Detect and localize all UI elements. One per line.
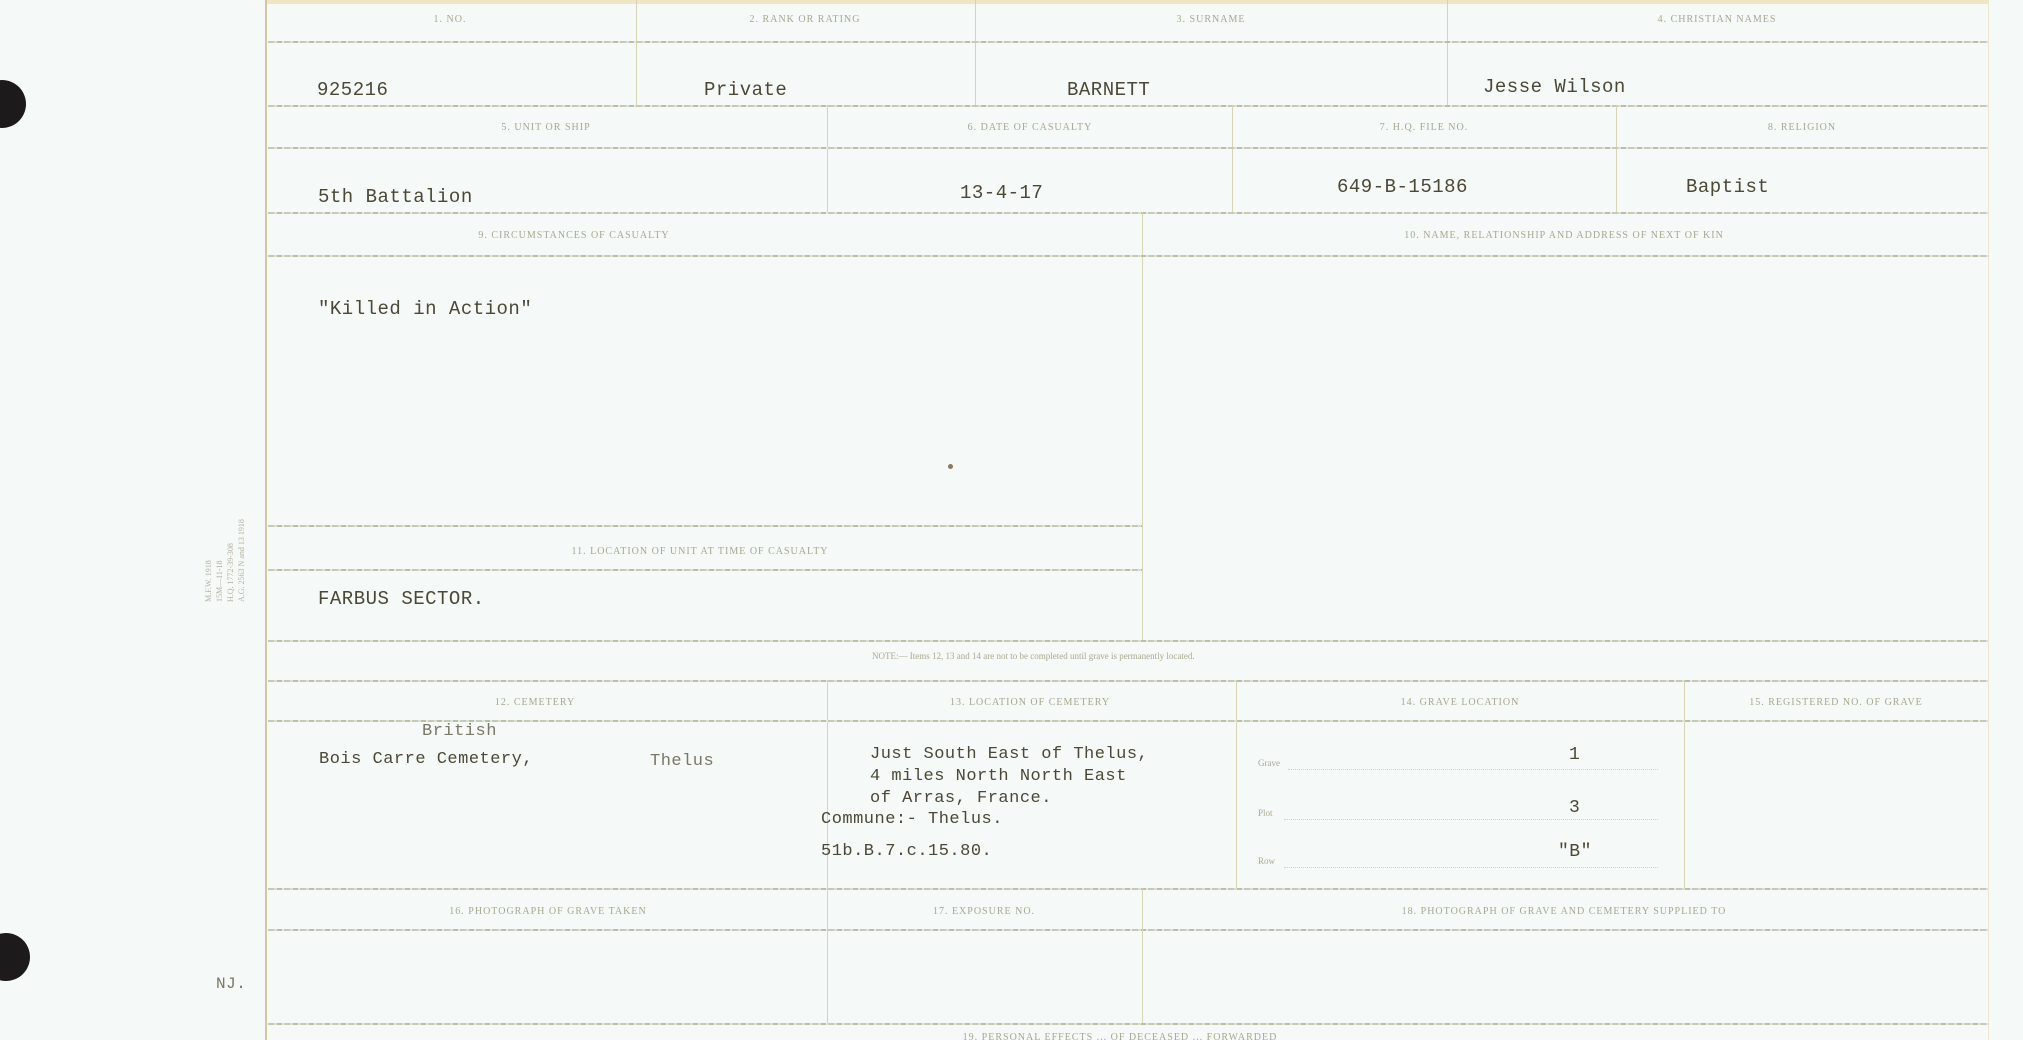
left-border bbox=[265, 0, 267, 1040]
next-of-kin-label: 10. Name, Relationship and Address of Ne… bbox=[1404, 230, 1724, 241]
divider bbox=[1447, 0, 1448, 105]
exposure-label: 17. Exposure No. bbox=[933, 906, 1035, 917]
cemetery-place: Thelus bbox=[650, 752, 714, 771]
imprint-line: H.Q. 1772-39-308 bbox=[226, 543, 235, 602]
location-unit-label: 11. Location of Unit at Time of Casualty bbox=[571, 546, 828, 557]
divider bbox=[636, 0, 637, 105]
right-border bbox=[1988, 0, 1989, 1040]
imprint-line: M.F.W. 1918 bbox=[204, 560, 213, 602]
card-top-edge bbox=[265, 0, 1988, 4]
surname-label: 3. Surname bbox=[1177, 14, 1246, 25]
rule bbox=[268, 525, 1142, 527]
cemetery-location-line-2: 4 miles North North East bbox=[870, 767, 1127, 786]
photo-supplied-label: 18. Photograph of Grave and Cemetery Sup… bbox=[1402, 906, 1727, 917]
divider bbox=[1142, 212, 1143, 642]
rule bbox=[268, 888, 1988, 890]
cemetery-value: Bois Carre Cemetery, bbox=[319, 750, 533, 769]
map-reference: 51b.B.7.c.15.80. bbox=[821, 842, 992, 861]
rule bbox=[268, 640, 1988, 642]
imprint-line: A.G. 2563 N and 13 1918 bbox=[237, 519, 246, 602]
cemetery-location-label: 13. Location of Cemetery bbox=[950, 697, 1110, 708]
number-value: 925216 bbox=[317, 79, 388, 101]
cemetery-location-line-1: Just South East of Thelus, bbox=[870, 745, 1148, 764]
file-no-value: 649-B-15186 bbox=[1337, 176, 1468, 198]
printer-imprint: M.F.W. 1918 15M—11-18 H.Q. 1772-39-308 A… bbox=[192, 440, 258, 610]
rank-label: 2. Rank or Rating bbox=[750, 14, 861, 25]
christian-names-label: 4. Christian Names bbox=[1658, 14, 1777, 25]
rule bbox=[268, 105, 1988, 107]
grave-value: 1 bbox=[1569, 745, 1580, 765]
rule bbox=[268, 147, 1988, 149]
commune-value: Commune:- Thelus. bbox=[821, 810, 1003, 829]
number-label: 1. No. bbox=[434, 14, 467, 25]
divider bbox=[1142, 888, 1143, 1023]
date-label: 6. Date of Casualty bbox=[968, 122, 1093, 133]
rule bbox=[268, 41, 1988, 43]
divider bbox=[1232, 105, 1233, 212]
divider bbox=[975, 0, 976, 105]
rule bbox=[268, 255, 1988, 257]
divider bbox=[1616, 105, 1617, 212]
surname-value: BARNETT bbox=[1067, 79, 1150, 101]
rule bbox=[268, 680, 1988, 682]
cemetery-label: 12. Cemetery bbox=[495, 697, 575, 708]
note-text: NOTE:— Items 12, 13 and 14 are not to be… bbox=[872, 651, 1195, 661]
religion-value: Baptist bbox=[1686, 176, 1769, 198]
rule bbox=[268, 929, 1988, 931]
file-no-label: 7. H.Q. File No. bbox=[1380, 122, 1469, 133]
date-value: 13-4-17 bbox=[960, 182, 1043, 204]
row-rule bbox=[1284, 866, 1658, 868]
plot-value: 3 bbox=[1569, 798, 1580, 818]
cemetery-insert: British bbox=[422, 722, 497, 741]
rule bbox=[268, 569, 1142, 571]
divider bbox=[827, 888, 828, 1023]
registered-no-label: 15. Registered No. of Grave bbox=[1749, 697, 1923, 708]
row-sub-label: Row bbox=[1258, 856, 1275, 866]
clerk-initials: NJ. bbox=[216, 975, 246, 993]
location-unit-value: FARBUS SECTOR. bbox=[318, 588, 485, 610]
rule bbox=[268, 1023, 1988, 1025]
unit-value: 5th Battalion bbox=[318, 186, 473, 208]
rule bbox=[268, 212, 1988, 214]
religion-label: 8. Religion bbox=[1768, 122, 1836, 133]
grave-rule bbox=[1288, 768, 1658, 770]
grave-sub-label: Grave bbox=[1258, 758, 1280, 768]
bottom-cut-label: 19. Personal Effects ... of Deceased ...… bbox=[963, 1032, 1278, 1040]
plot-rule bbox=[1284, 818, 1658, 820]
rank-value: Private bbox=[704, 79, 787, 101]
photo-taken-label: 16. Photograph of Grave Taken bbox=[449, 906, 646, 917]
grave-location-label: 14. Grave Location bbox=[1401, 697, 1520, 708]
ink-speck bbox=[948, 464, 953, 469]
circumstances-label: 9. Circumstances of Casualty bbox=[478, 230, 669, 241]
row-value: "B" bbox=[1558, 842, 1592, 862]
christian-names-value: Jesse Wilson bbox=[1483, 76, 1626, 98]
divider bbox=[1236, 680, 1237, 888]
punch-hole-bottom bbox=[0, 933, 30, 981]
imprint-line: 15M—11-18 bbox=[215, 561, 224, 602]
casualty-card: M.F.W. 1918 15M—11-18 H.Q. 1772-39-308 A… bbox=[0, 0, 2023, 1040]
divider bbox=[827, 105, 828, 212]
rule bbox=[268, 720, 1988, 722]
punch-hole-top bbox=[0, 80, 26, 128]
cemetery-location-line-3: of Arras, France. bbox=[870, 789, 1052, 808]
circumstances-value: "Killed in Action" bbox=[318, 298, 532, 320]
plot-sub-label: Plot bbox=[1258, 808, 1273, 818]
divider bbox=[1684, 680, 1685, 888]
unit-label: 5. Unit or Ship bbox=[501, 122, 590, 133]
